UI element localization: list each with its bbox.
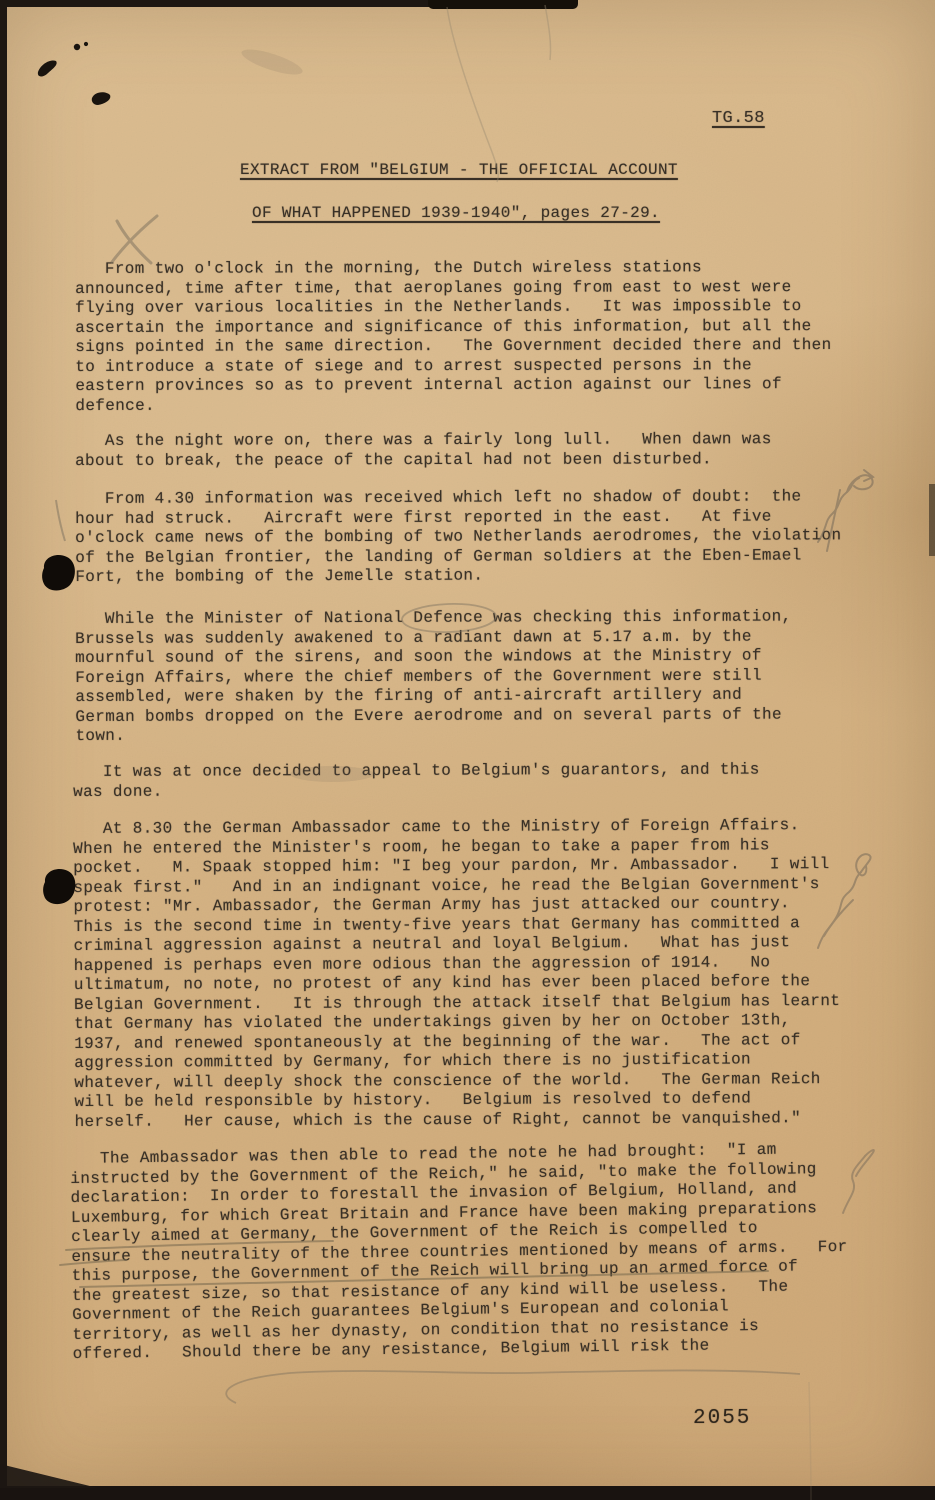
- text-line: As the night wore on, there was a fairly…: [75, 430, 772, 451]
- text-line: hour had struck. Aircraft were first rep…: [75, 507, 841, 529]
- text-line: From two o'clock in the morning, the Dut…: [75, 258, 831, 279]
- paragraph-3: From 4.30 information was received which…: [75, 487, 842, 587]
- document-title-line1: EXTRACT FROM "BELGIUM - THE OFFICIAL ACC…: [240, 161, 678, 179]
- text-line: herself. Her cause, which is the cause o…: [75, 1108, 841, 1132]
- text-line: o'clock came news of the bombing of two …: [75, 526, 841, 548]
- page-edge-top: [0, 0, 445, 7]
- text-line: was done.: [73, 780, 760, 802]
- text-line: flying over various localities in the Ne…: [75, 297, 831, 318]
- paragraph-4: While the Minister of National Defence w…: [75, 607, 792, 746]
- reference-number: TG.58: [712, 109, 765, 128]
- document-title-line2: OF WHAT HAPPENED 1939-1940", pages 27-29…: [252, 204, 660, 222]
- text-line: defence.: [75, 395, 831, 416]
- text-line: eastern provinces so as to prevent inter…: [75, 375, 831, 396]
- page-edge-bottom: [0, 1486, 935, 1500]
- text-line: While the Minister of National Defence w…: [75, 607, 792, 629]
- text-line: mournful sound of the sirens, and soon t…: [75, 646, 792, 668]
- paragraph-1: From two o'clock in the morning, the Dut…: [75, 258, 832, 416]
- text-line: It was at once decided to appeal to Belg…: [73, 761, 760, 783]
- text-line: Foreign Affairs, where the chief members…: [75, 666, 792, 688]
- paragraph-5: It was at once decided to appeal to Belg…: [73, 761, 760, 802]
- text-line: Brussels was suddenly awakened to a radi…: [75, 627, 792, 649]
- paragraph-6: At 8.30 the German Ambassador came to th…: [73, 816, 841, 1132]
- paragraph-2: As the night wore on, there was a fairly…: [75, 430, 772, 471]
- binding-shadow-top: [428, 0, 578, 9]
- text-line: German bombs dropped on the Evere aerodr…: [75, 705, 792, 727]
- page-edge-left: [0, 0, 7, 1500]
- text-line: of the Belgian frontier, the landing of …: [75, 546, 841, 568]
- text-line: signs pointed in the same direction. The…: [75, 336, 831, 357]
- text-line: assembled, were shaken by the firing of …: [75, 685, 792, 707]
- text-line: town.: [75, 724, 792, 746]
- text-line: Fort, the bombing of the Jemelle station…: [75, 565, 841, 587]
- paragraph-7: The Ambassador was then able to read the…: [70, 1140, 849, 1365]
- page-number-stamp: 2055: [693, 1407, 751, 1430]
- text-line: From 4.30 information was received which…: [75, 487, 841, 509]
- text-line: about to break, the peace of the capital…: [75, 450, 772, 471]
- text-line: to introduce a state of siege and to arr…: [75, 356, 831, 377]
- scanned-document-page: TG.58 EXTRACT FROM "BELGIUM - THE OFFICI…: [0, 0, 935, 1500]
- text-line: ascertain the importance and significanc…: [75, 317, 831, 338]
- adjacent-page-sliver: [929, 484, 935, 556]
- text-line: announced, time after time, that aeropla…: [75, 278, 831, 299]
